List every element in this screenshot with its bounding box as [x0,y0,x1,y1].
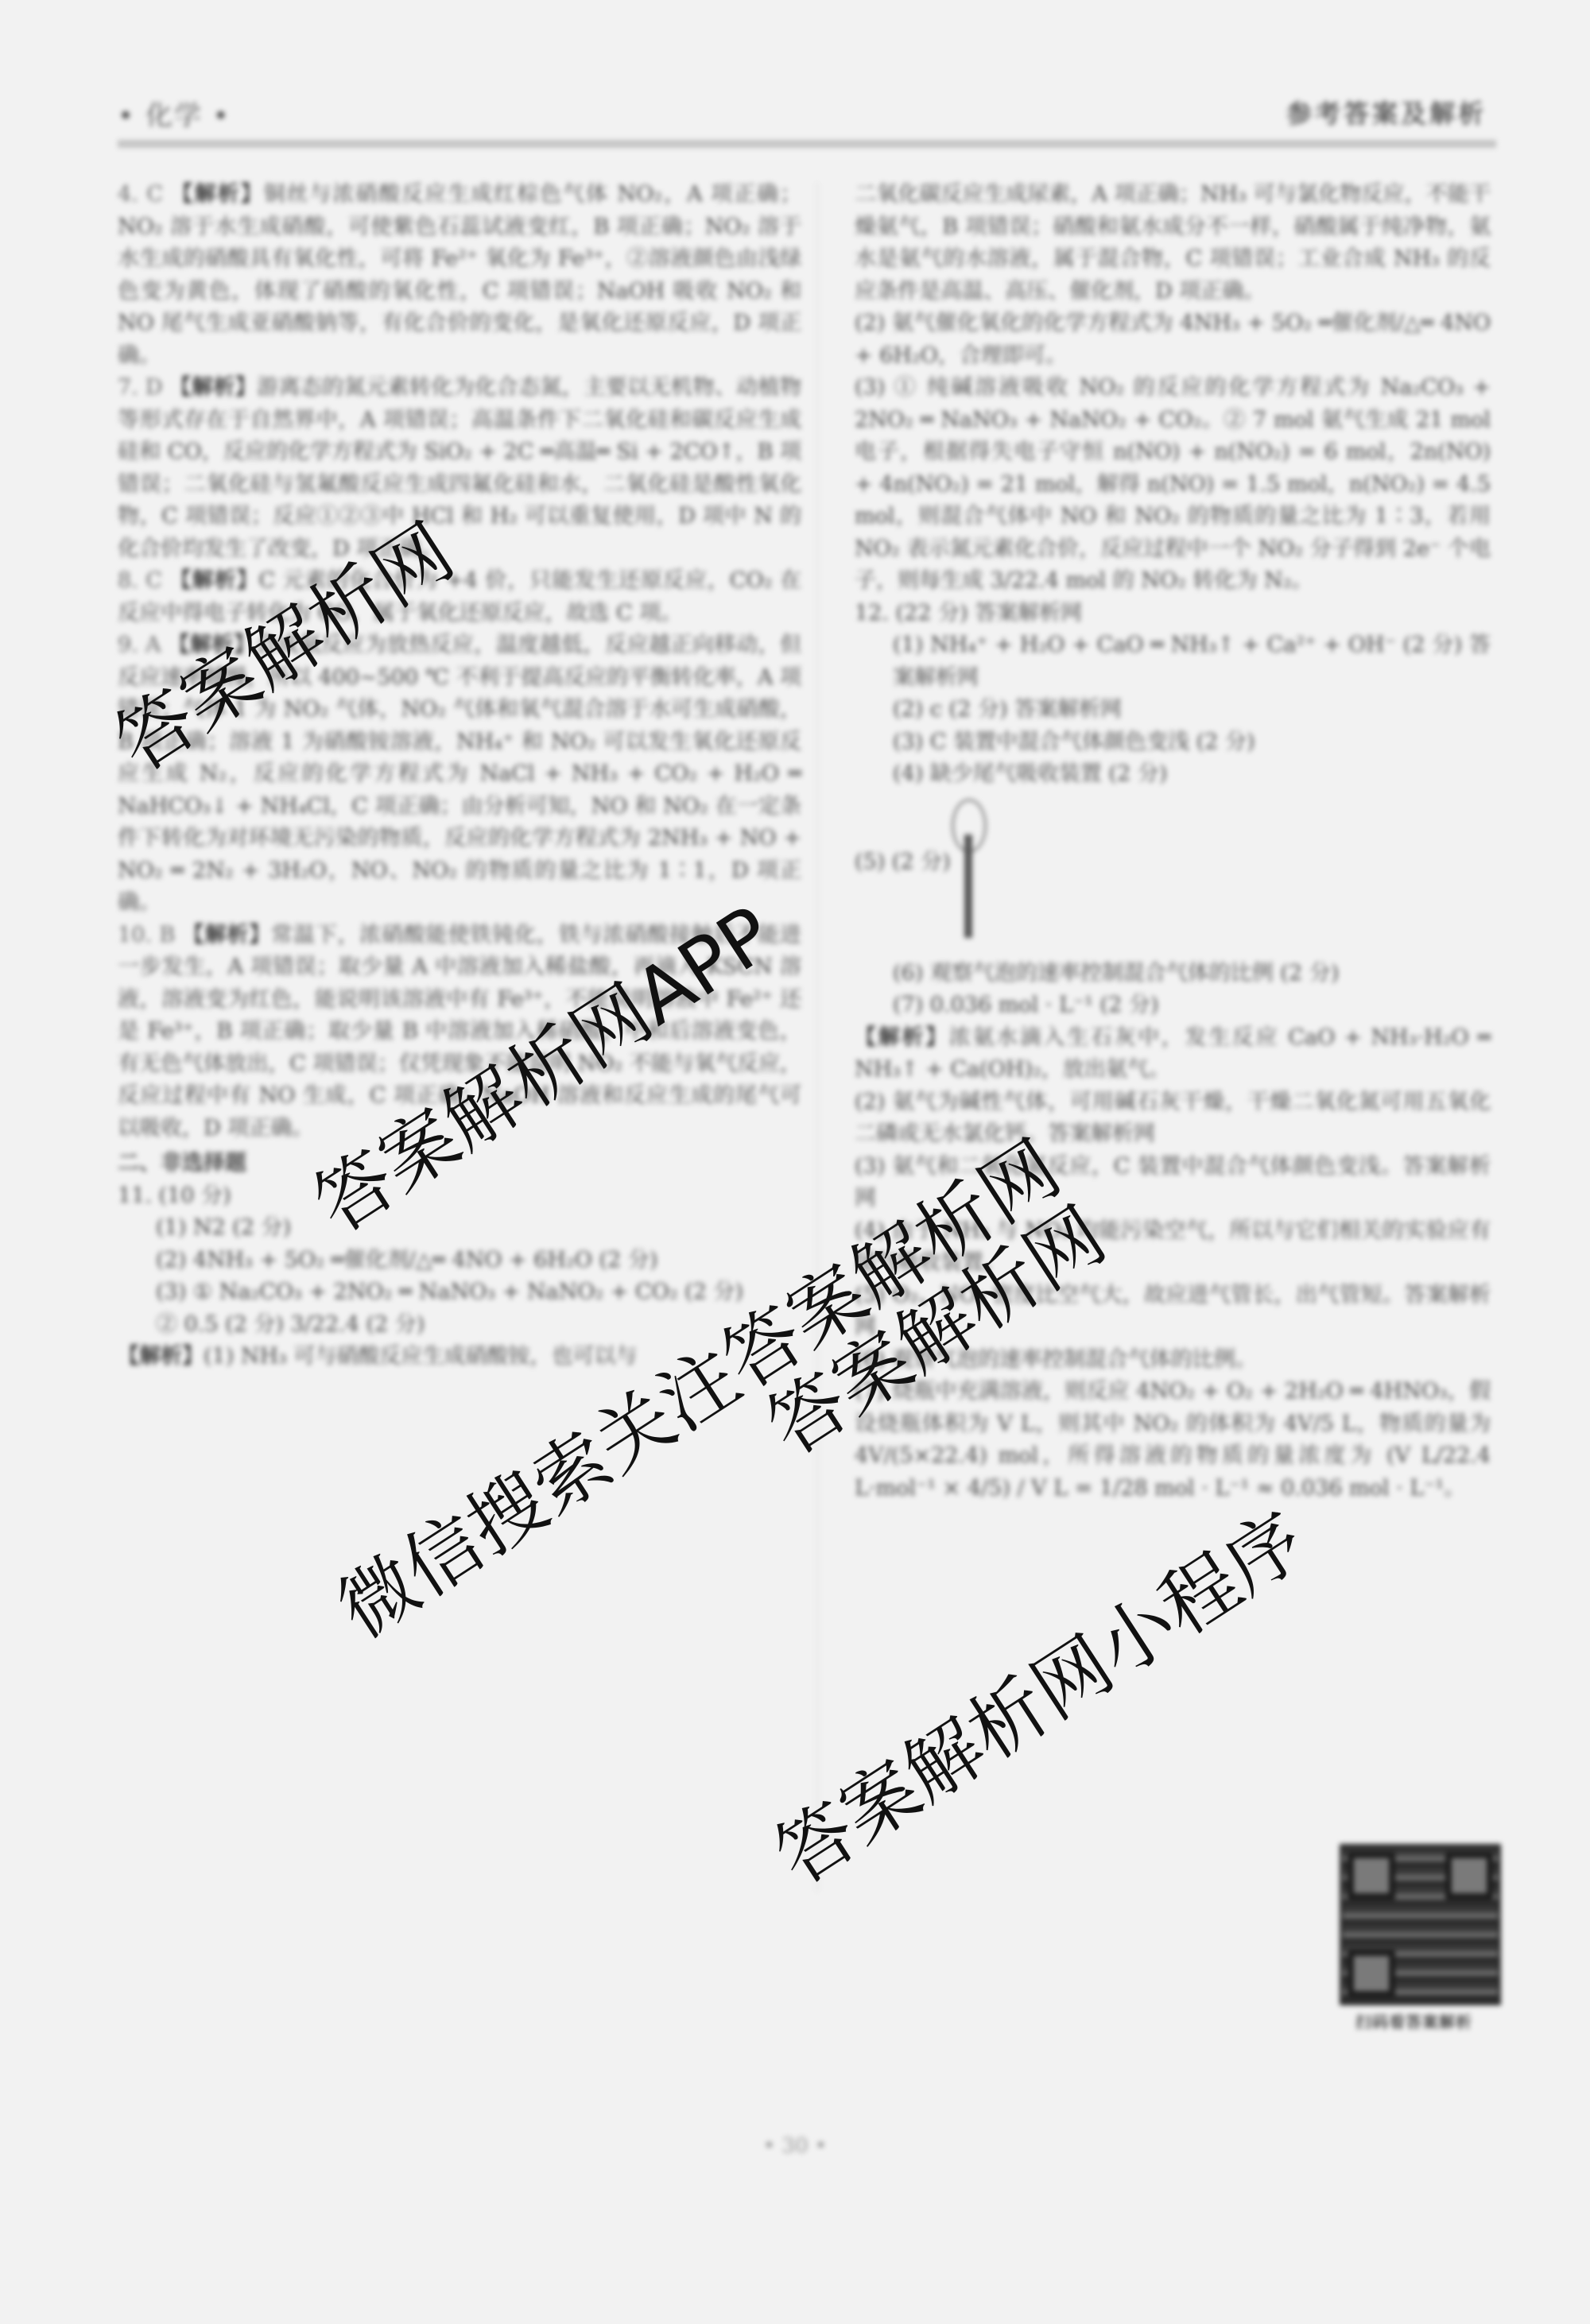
left-column: 4. C 【解析】铜丝与浓硝酸反应生成红棕色气体 NO₂，A 项正确；NO₂ 溶… [118,179,801,1373]
answer-q12-analysis-line: (2) 氨气为碱性气体，可用碱石灰干燥，干燥二氧化氮可用五氧化二磷或无水氯化钙。… [855,1086,1491,1151]
qr-finder-icon [1348,1852,1395,1900]
apparatus-diagram: (5) (2 分) [855,791,1491,958]
tube-icon [964,835,972,938]
answer-q12-analysis-line: (7) 烧瓶中充满溶液，则反应 4NO₂ + O₂ + 2H₂O ═ 4HNO₃… [855,1376,1491,1505]
qr-finder-icon [1348,1950,1395,1997]
answer-q12-item: (7) 0.036 mol · L⁻¹ (2 分) [855,990,1491,1022]
answer-q12-item: (4) 缺少尾气吸收装置 (2 分) [855,758,1491,791]
answer-q12-analysis: 【解析】浓氨水滴入生石灰中，发生反应 CaO + NH₃·H₂O ═ NH₃↑ … [855,1022,1491,1086]
page-number: • 30 • [0,2134,1590,2158]
answer-q11-part3: (3) ① 纯碱溶液吸收 NO₂ 的反应的化学方程式为 Na₂CO₃ + 2NO… [855,372,1491,598]
answer-q11-item: (3) ① Na₂CO₃ + 2NO₂ ═ NaNO₃ + NaNO₂ + CO… [118,1276,801,1309]
answer-q7: 7. D 【解析】游离态的氮元素转化为化合态氮，主要以无机物、动植物等形式存在于… [118,372,801,565]
answer-q12-item: (2) c (2 分) 答案解析网 [855,694,1491,726]
header-divider [118,140,1496,148]
answer-q11-item: (1) N2 (2 分) [118,1212,801,1245]
answer-q11-item: (2) 4NH₃ + 5O₂ ═催化剂/△═ 4NO + 6H₂O (2 分) [118,1245,801,1277]
column-divider [816,183,818,1892]
document-page: • 化学 • 参考答案及解析 4. C 【解析】铜丝与浓硝酸反应生成红棕色气体 … [0,0,1590,2324]
answer-q12-item: (6) 观察气泡的速率控制混合气体的比例 (2 分) [855,958,1491,990]
answer-q12-item: (1) NH₄⁺ + H₂O + CaO ═ NH₃↑ + Ca²⁺ + OH⁻… [855,629,1491,694]
answer-q4: 4. C 【解析】铜丝与浓硝酸反应生成红棕色气体 NO₂，A 项正确；NO₂ 溶… [118,179,801,372]
qr-finder-icon [1445,1852,1493,1900]
header-title: 参考答案及解析 [1286,94,1487,130]
answer-q12-item: (5) (2 分) [855,846,951,879]
answer-q11-part2: (2) 氨气催化氧化的化学方程式为 4NH₃ + 5O₂ ═催化剂/△═ 4NO… [855,308,1491,372]
qr-code[interactable] [1340,1844,1501,2005]
answer-q11-title: 11. (10 分) [118,1180,801,1213]
qr-caption: 扫码看答案解析 [1355,2009,1472,2032]
answer-q12-title: 12. (22 分) 答案解析网 [855,598,1491,630]
answer-q11-continued: 二氧化碳反应生成尿素，A 项正确；NH₃ 可与氯化物反应，不能干燥氨气，B 项错… [855,179,1491,308]
answer-q12-item: (3) C 装置中混合气体颜色变浅 (2 分) [855,726,1491,759]
header-subject: • 化学 • [118,94,231,133]
